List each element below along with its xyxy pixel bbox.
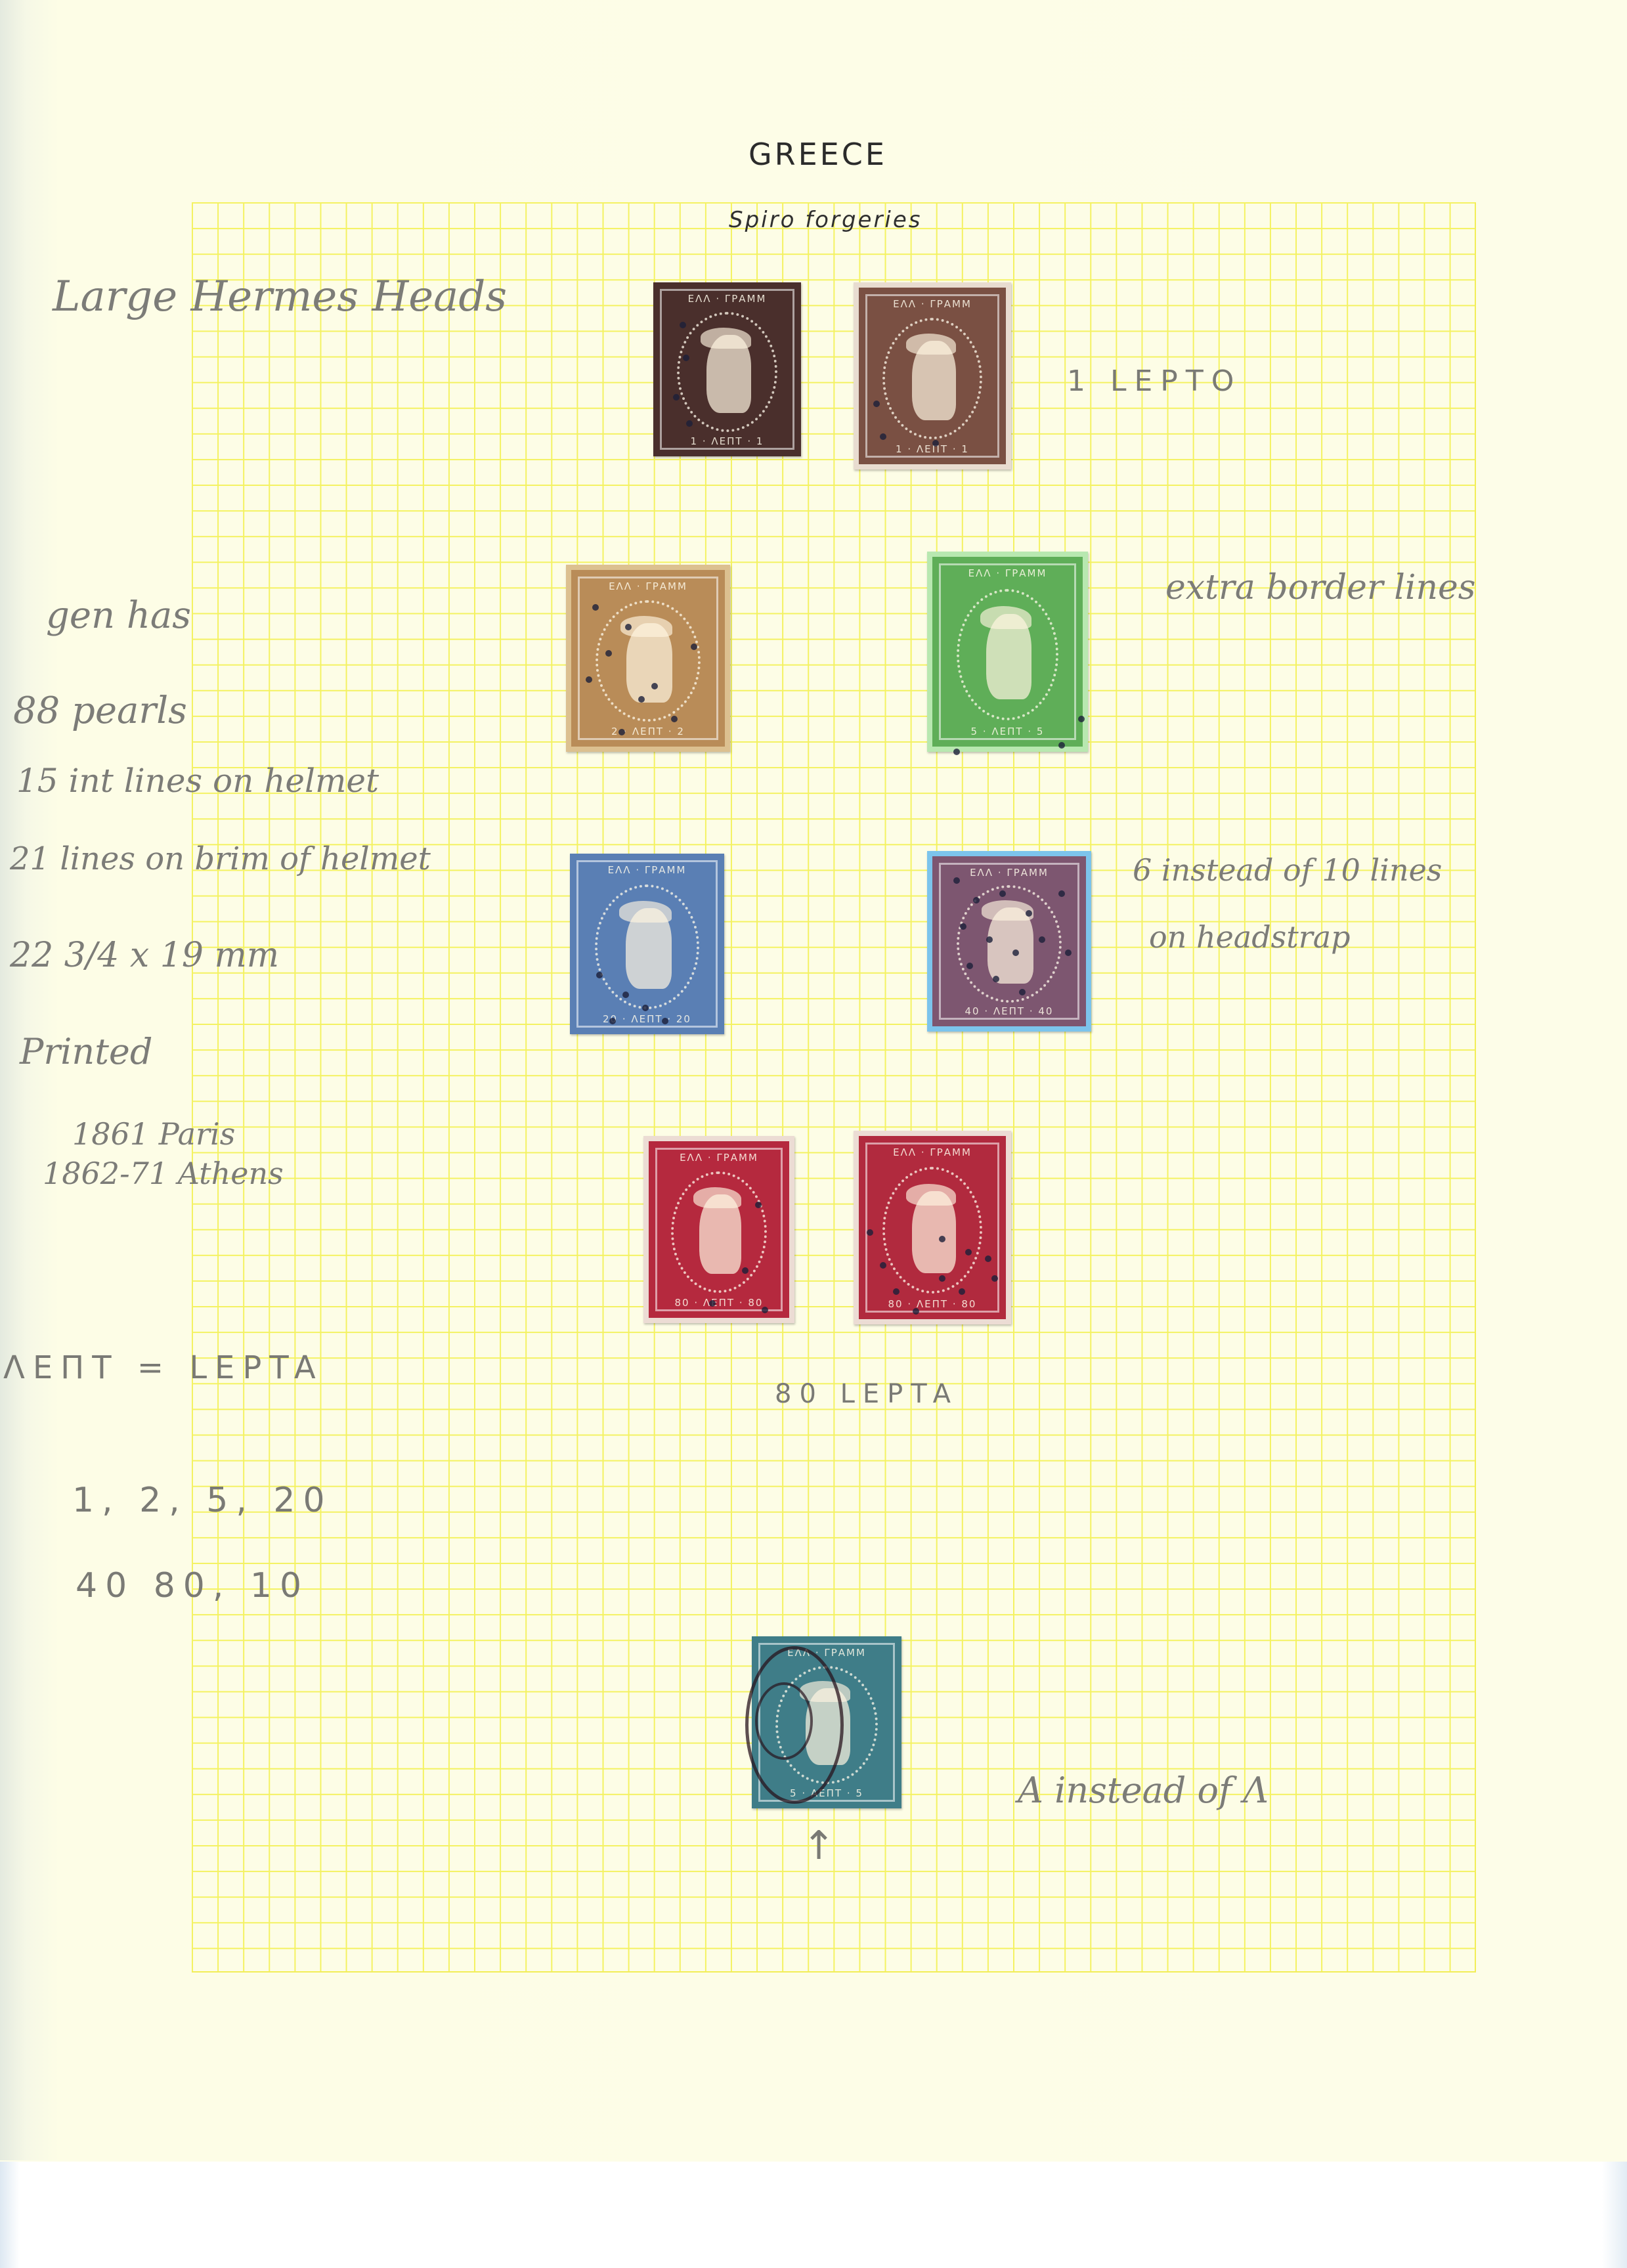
note-pearls: 88 pearls <box>13 689 187 732</box>
note-size: 22 3/4 x 19 mm <box>10 936 279 975</box>
cancellation-dot <box>683 355 689 361</box>
stamp-top-inscription: ΕΛΛ · ΓΡΑΜΜ <box>859 1146 1006 1158</box>
cancellation-dot <box>953 877 960 884</box>
cancellation-dot <box>873 401 880 407</box>
stamp-design: ΕΛΛ · ΓΡΑΜΜ1 · ΛΕΠΤ · 1 <box>653 282 801 456</box>
postmark-inner-ring <box>755 1682 813 1760</box>
cancellation-dot <box>960 923 966 930</box>
stamp-value-inscription: 40 · ΛΕΠΤ · 40 <box>932 1005 1086 1017</box>
cancellation-dot <box>973 897 980 904</box>
hermes-head-icon <box>626 908 672 990</box>
cancellation-dot <box>755 1202 762 1208</box>
hermes-head-icon <box>706 335 751 413</box>
cancellation-dot <box>939 1275 945 1282</box>
stamp-40l: ΕΛΛ · ΓΡΑΜΜ40 · ΛΕΠΤ · 40 <box>927 851 1091 1032</box>
hermes-head-icon <box>912 341 956 420</box>
cancellation-dot <box>642 1005 649 1011</box>
hermes-head-icon <box>699 1194 741 1274</box>
cancellation-dot <box>1058 742 1065 749</box>
stamp-80l-b: ΕΛΛ · ΓΡΑΜΜ80 · ΛΕΠΤ · 80 <box>854 1131 1011 1324</box>
stamp-top-inscription: ΕΛΛ · ΓΡΑΜΜ <box>570 864 724 876</box>
cancellation-dot <box>662 1018 668 1024</box>
scan-margin <box>0 2162 1627 2268</box>
cancellation-dot <box>625 624 632 630</box>
stamp-value-inscription: 20 · ΛΕΠΤ · 20 <box>570 1013 724 1025</box>
hermes-head-icon <box>987 907 1033 984</box>
note-values-row1: 1, 2, 5, 20 <box>72 1481 333 1520</box>
cancellation-dot <box>762 1307 768 1313</box>
stamp-5l: ΕΛΛ · ΓΡΑΜΜ5 · ΛΕΠΤ · 5 <box>927 552 1088 752</box>
stamp-design: ΕΛΛ · ΓΡΑΜΜ80 · ΛΕΠΤ · 80 <box>649 1141 789 1318</box>
note-a-instead-of-lambda: A instead of Λ <box>1018 1770 1269 1811</box>
stamp-top-inscription: ΕΛΛ · ΓΡΑΜΜ <box>649 1152 789 1164</box>
stamp-design: ΕΛΛ · ΓΡΑΜΜ5 · ΛΕΠΤ · 5 <box>932 557 1083 747</box>
cancellation-dot <box>686 420 693 427</box>
cancellation-dot <box>932 440 939 447</box>
cancellation-dot <box>622 992 629 998</box>
note-headstrap-line2: on headstrap <box>1149 919 1351 955</box>
hermes-head-icon <box>986 614 1031 699</box>
stamp-1l-b: ΕΛΛ · ΓΡΑΜΜ1 · ΛΕΠΤ · 1 <box>854 282 1011 469</box>
cancellation-dot <box>592 604 599 611</box>
cancellation-dot <box>986 936 993 943</box>
cancellation-dot <box>596 972 603 978</box>
note-gen-has: gen has <box>46 594 191 637</box>
hermes-head-icon <box>912 1191 956 1274</box>
note-printed-athens: 1862-71 Athens <box>43 1156 284 1191</box>
stamp-2l: ΕΛΛ · ΓΡΑΜΜ2 · ΛΕΠΤ · 2 <box>566 565 730 752</box>
stamp-value-inscription: 5 · ΛΕΠΤ · 5 <box>932 726 1083 737</box>
stamp-top-inscription: ΕΛΛ · ΓΡΑΜΜ <box>932 567 1083 579</box>
stamp-top-inscription: ΕΛΛ · ΓΡΑΜΜ <box>653 293 801 305</box>
cancellation-dot <box>1058 890 1065 897</box>
note-extra-border-lines: extra border lines <box>1165 568 1476 607</box>
cancellation-dot <box>1039 936 1045 943</box>
note-1-lepto: 1 LEPTO <box>1067 364 1242 398</box>
cancellation-dot <box>939 1236 945 1242</box>
cancellation-dot <box>991 1275 998 1282</box>
stamp-5l-forgery: ΕΛΛ · ΓΡΑΜΜ5 · ΑΕΠΤ · 5 <box>752 1636 901 1808</box>
page-subtitle: Spiro forgeries <box>729 207 922 233</box>
stamp-20l: ΕΛΛ · ΓΡΑΜΜ20 · ΛΕΠΤ · 20 <box>570 854 724 1034</box>
cancellation-dot <box>999 890 1006 897</box>
cancellation-dot <box>880 433 886 440</box>
cancellation-dot <box>1019 989 1026 995</box>
stamp-design: ΕΛΛ · ΓΡΑΜΜ80 · ΛΕΠΤ · 80 <box>859 1136 1006 1319</box>
cancellation-dot <box>913 1308 919 1315</box>
cancellation-dot <box>959 1288 965 1295</box>
stamp-value-inscription: 80 · ΛΕΠΤ · 80 <box>649 1297 789 1309</box>
cancellation-dot <box>893 1288 900 1295</box>
cancellation-dot <box>638 696 645 703</box>
cancellation-dot <box>985 1255 991 1262</box>
cancellation-dot <box>993 976 999 982</box>
stamp-80l-a: ΕΛΛ · ΓΡΑΜΜ80 · ΛΕΠΤ · 80 <box>643 1136 794 1323</box>
stamp-value-inscription: 2 · ΛΕΠΤ · 2 <box>571 726 725 737</box>
cancellation-dot <box>867 1229 873 1236</box>
cancellation-dot <box>673 394 680 401</box>
cancellation-dot <box>586 676 592 683</box>
cancellation-dot <box>1078 716 1085 722</box>
note-80-lepta: 80 LEPTA <box>775 1379 959 1409</box>
note-headstrap-line1: 6 instead of 10 lines <box>1133 852 1442 888</box>
page-title: GREECE <box>748 137 887 172</box>
cancellation-dot <box>1065 949 1072 956</box>
cancellation-dot <box>680 322 686 328</box>
cancellation-dot <box>671 716 678 722</box>
cancellation-dot <box>966 963 973 969</box>
note-large-hermes-heads: Large Hermes Heads <box>53 273 507 321</box>
cancellation-dot <box>953 749 960 755</box>
note-lept-equals-lepta: ΛΕΠΤ = LEPTA <box>3 1349 324 1386</box>
note-values-row2: 40 80, 10 <box>76 1566 309 1605</box>
note-printed-paris: 1861 Paris <box>72 1116 235 1152</box>
cancellation-dot <box>651 683 658 689</box>
cancellation-dot <box>605 650 612 657</box>
cancellation-dot <box>618 729 625 735</box>
cancellation-dot <box>1026 910 1032 917</box>
note-brim-lines: 21 lines on brim of helmet <box>10 840 431 877</box>
note-helmet-lines: 15 int lines on helmet <box>16 762 379 800</box>
cancellation-dot <box>609 1018 616 1024</box>
stamp-1l-a: ΕΛΛ · ΓΡΑΜΜ1 · ΛΕΠΤ · 1 <box>653 282 801 456</box>
arrow-up-icon: ↑ <box>802 1823 835 1869</box>
note-printed: Printed <box>20 1031 152 1072</box>
cancellation-dot <box>691 643 697 650</box>
cancellation-dot <box>880 1262 886 1269</box>
stamp-top-inscription: ΕΛΛ · ΓΡΑΜΜ <box>571 580 725 592</box>
cancellation-dot <box>742 1267 748 1274</box>
cancellation-dot <box>709 1300 716 1307</box>
stamp-value-inscription: 80 · ΛΕΠΤ · 80 <box>859 1298 1006 1310</box>
cancellation-dot <box>1012 949 1019 956</box>
hermes-head-icon <box>626 623 672 703</box>
cancellation-dot <box>965 1249 972 1255</box>
stamp-top-inscription: ΕΛΛ · ΓΡΑΜΜ <box>859 298 1006 310</box>
stamp-value-inscription: 1 · ΛΕΠΤ · 1 <box>653 435 801 447</box>
stamp-design: ΕΛΛ · ΓΡΑΜΜ2 · ΛΕΠΤ · 2 <box>571 570 725 747</box>
